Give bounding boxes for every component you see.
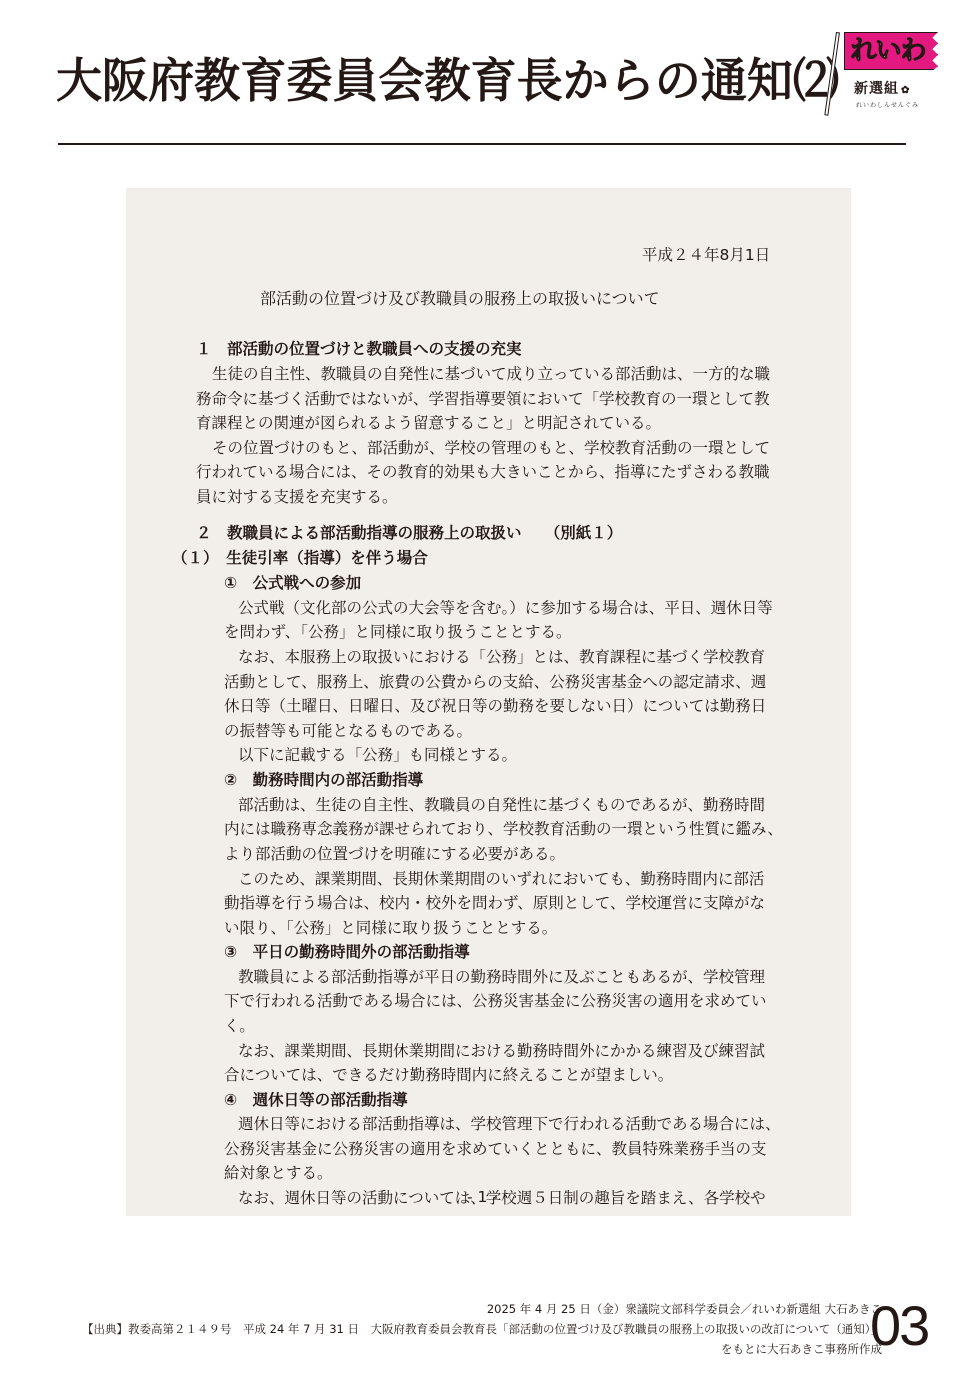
- footer-source-line: 【出典】教委高第２１４９号 平成 24 年 7 月 31 日 大阪府教育委員会教…: [82, 1324, 882, 1336]
- body-text-line: を問わず、「公務」と同様に取り扱うこととする。: [224, 625, 572, 641]
- body-text-line: 合については、できるだけ勤務時間内に終えることが望ましい。: [224, 1068, 673, 1084]
- footer: 2025 年 4 月 25 日（金）衆議院文部科学委員会／れいわ新選組 大石あき…: [0, 1304, 882, 1364]
- section-heading: ③ 平日の勤務時間外の部活動指導: [224, 945, 470, 961]
- body-text-line: このため、課業期間、長期休業期間のいずれにおいても、勤務時間内に部活: [238, 872, 764, 888]
- paw-icon: ✿: [901, 85, 910, 96]
- title-underline: [58, 143, 906, 145]
- section-heading: （１） 生徒引率（指導）を伴う場合: [172, 551, 428, 567]
- body-text-line: 員に対する支援を充実する。: [196, 490, 398, 506]
- body-text-line: く。: [224, 1019, 255, 1035]
- body-text-line: なお、週休日等の活動については、学校週５日制の趣旨を踏まえ、各学校や: [238, 1191, 766, 1207]
- section-heading: １ 部活動の位置づけと教職員への支援の充実: [196, 342, 522, 358]
- body-text-line: 公式戦（文化部の公式の大会等を含む。）に参加する場合は、平日、週休日等: [238, 601, 773, 617]
- document-heading: 部活動の位置づけ及び教職員の服務上の取扱いについて: [260, 291, 660, 307]
- body-text-line: 生徒の自主性、教職員の自発性に基づいて成り立っている部活動は、一方的な職: [212, 367, 770, 383]
- page-marker: - 1 -: [467, 1190, 498, 1206]
- logo-sub-text: 新選組✿: [854, 78, 910, 98]
- body-text-line: 活動として、服務上、旅費の公費からの支給、公務災害基金への認定請求、週: [224, 675, 766, 691]
- body-text-line: の振替等も可能となるものである。: [224, 724, 472, 740]
- body-text-line: なお、課業期間、長期休業期間における勤務時間外にかかる練習及び練習試: [238, 1044, 765, 1060]
- body-text-line: 内には職務専念義務が課せられており、学校教育活動の一環という性質に鑑み、: [224, 822, 783, 838]
- body-text-line: 以下に記載する「公務」も同様とする。: [238, 748, 517, 764]
- body-text-line: 給対象とする。: [224, 1166, 333, 1182]
- body-text-line: 公務災害基金に公務災害の適用を求めていくとともに、教員特殊業務手当の支: [224, 1142, 767, 1158]
- page-number: 03: [870, 1298, 928, 1354]
- flag-icon: れいわ: [844, 32, 938, 70]
- section-heading: ② 勤務時間内の部活動指導: [224, 773, 423, 789]
- reiwa-logo: れいわ 新選組✿ れいわしんせんぐみ: [824, 24, 954, 124]
- footer-credit-line: をもとに大石あきこ事務所作成: [721, 1344, 882, 1356]
- document-date: 平成２４年8月1日: [642, 248, 770, 264]
- body-text-line: 育課程との関連が図られるよう留意すること」と明記されている。: [196, 416, 661, 432]
- page-title: 大阪府教育委員会教育長からの通知⑵: [56, 58, 839, 105]
- body-text-line: 務命令に基づく活動ではないが、学習指導要領において「学校教育の一環として教: [196, 392, 770, 408]
- body-text-line: 下で行われる活動である場合には、公務災害基金に公務災害の適用を求めてい: [224, 994, 767, 1010]
- section-heading: ① 公式戦への参加: [224, 576, 361, 592]
- document-body: 平成２４年8月1日 部活動の位置づけ及び教職員の服務上の取扱いについて １ 部活…: [126, 188, 851, 1216]
- body-text-line: なお、本服務上の取扱いにおける「公務」とは、教育課程に基づく学校教育: [238, 650, 765, 666]
- body-text-line: 教職員による部活動指導が平日の勤務時間外に及ぶこともあるが、学校管理: [238, 970, 765, 986]
- body-text-line: 週休日等における部活動指導は、学校管理下で行われる活動である場合には、: [238, 1117, 781, 1133]
- logo-flag-text: れいわ: [850, 38, 925, 64]
- flag-pole-icon: [824, 32, 840, 116]
- logo-sub-label: 新選組: [854, 81, 899, 97]
- body-text-line: 行われている場合には、その教育的効果も大きいことから、指導にたずさわる教職: [196, 465, 770, 481]
- body-text-line: 動指導を行う場合は、校内・校外を問わず、原則として、学校運営に支障がな: [224, 896, 765, 912]
- section-heading: ２ 教職員による部活動指導の服務上の取扱い （別紙１）: [196, 526, 622, 542]
- section-heading: ④ 週休日等の部活動指導: [224, 1093, 408, 1109]
- body-text-line: 休日等（土曜日、日曜日、及び祝日等の勤務を要しない日）については勤務日: [224, 699, 766, 715]
- body-text-line: より部活動の位置づけを明確にする必要がある。: [224, 847, 565, 863]
- body-text-line: その位置づけのもと、部活動が、学校の管理のもと、学校教育活動の一環として: [212, 441, 770, 457]
- footer-meeting-line: 2025 年 4 月 25 日（金）衆議院文部科学委員会／れいわ新選組 大石あき…: [487, 1304, 882, 1316]
- body-text-line: い限り、「公務」と同様に取り扱うこととする。: [224, 921, 557, 937]
- logo-tiny-text: れいわしんせんぐみ: [856, 100, 919, 109]
- document-panel: 平成２４年8月1日 部活動の位置づけ及び教職員の服務上の取扱いについて １ 部活…: [126, 188, 851, 1216]
- body-text-line: 部活動は、生徒の自主性、教職員の自発性に基づくものであるが、勤務時間: [238, 798, 765, 814]
